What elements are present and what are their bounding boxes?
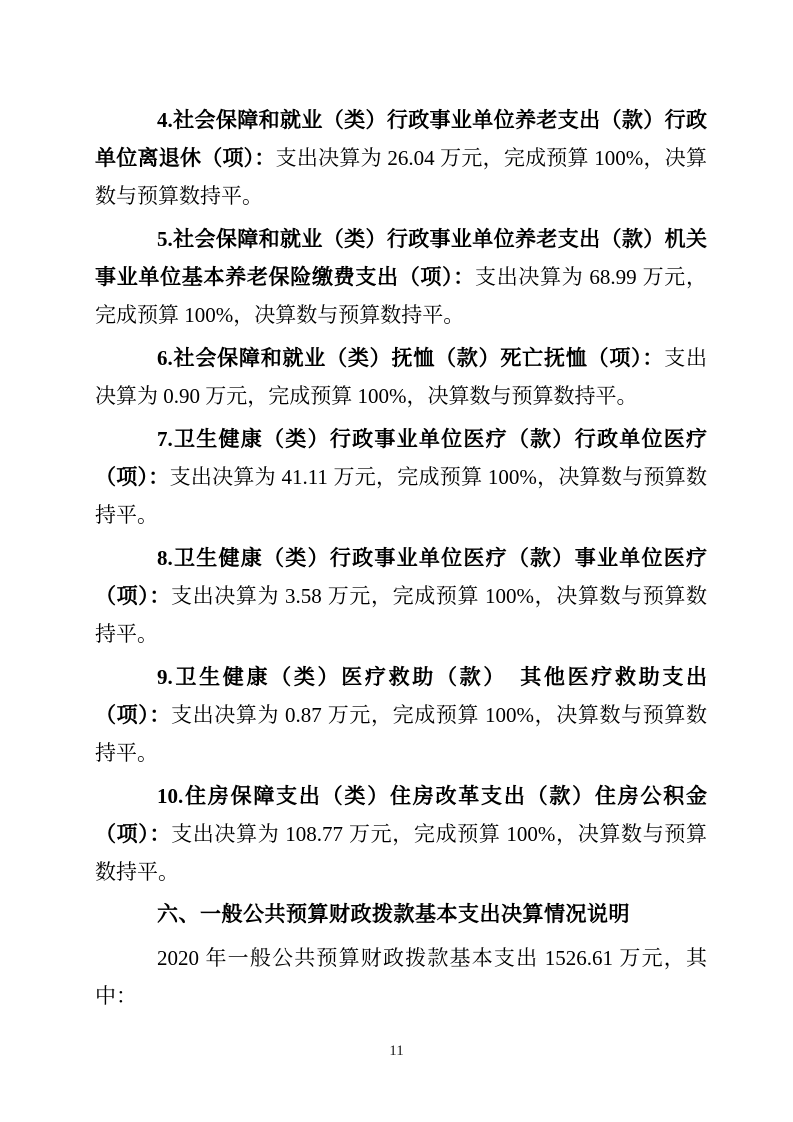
expenditure-item-9: 9.卫生健康（类）医疗救助（款） 其他医疗救助支出（项）：支出决算为 0.87 …	[95, 658, 707, 772]
expenditure-item-6: 6.社会保障和就业（类）抚恤（款）死亡抚恤（项）：支出决算为 0.90 万元，完…	[95, 339, 707, 415]
item-10-body: 支出决算为 108.77 万元，完成预算 100%，决算数与预算数持平。	[95, 822, 707, 884]
document-page: 4.社会保障和就业（类）行政事业单位养老支出（款）行政单位离退休（项）：支出决算…	[0, 0, 793, 1122]
expenditure-item-8: 8.卫生健康（类）行政事业单位医疗（款）事业单位医疗（项）：支出决算为 3.58…	[95, 539, 707, 653]
section-six-intro: 2020 年一般公共预算财政拨款基本支出 1526.61 万元，其中：	[95, 939, 707, 1015]
expenditure-item-5: 5.社会保障和就业（类）行政事业单位养老支出（款）机关事业单位基本养老保险缴费支…	[95, 220, 707, 334]
page-number: 11	[389, 1043, 403, 1059]
item-9-body: 支出决算为 0.87 万元，完成预算 100%，决算数与预算数持平。	[95, 703, 707, 765]
item-8-body: 支出决算为 3.58 万元，完成预算 100%，决算数与预算数持平。	[95, 584, 707, 646]
item-7-body: 支出决算为 41.11 万元，完成预算 100%，决算数与预算数持平。	[95, 465, 707, 527]
expenditure-item-4: 4.社会保障和就业（类）行政事业单位养老支出（款）行政单位离退休（项）：支出决算…	[95, 101, 707, 215]
section-six-heading: 六、一般公共预算财政拨款基本支出决算情况说明	[95, 896, 707, 934]
expenditure-item-10: 10.住房保障支出（类）住房改革支出（款）住房公积金（项）：支出决算为 108.…	[95, 777, 707, 891]
page-footer: 11	[0, 1042, 793, 1060]
expenditure-item-7: 7.卫生健康（类）行政事业单位医疗（款）行政单位医疗（项）：支出决算为 41.1…	[95, 420, 707, 534]
item-6-lead: 6.社会保障和就业（类）抚恤（款）死亡抚恤（项）：	[157, 346, 664, 370]
document-body: 4.社会保障和就业（类）行政事业单位养老支出（款）行政单位离退休（项）：支出决算…	[95, 101, 707, 1020]
